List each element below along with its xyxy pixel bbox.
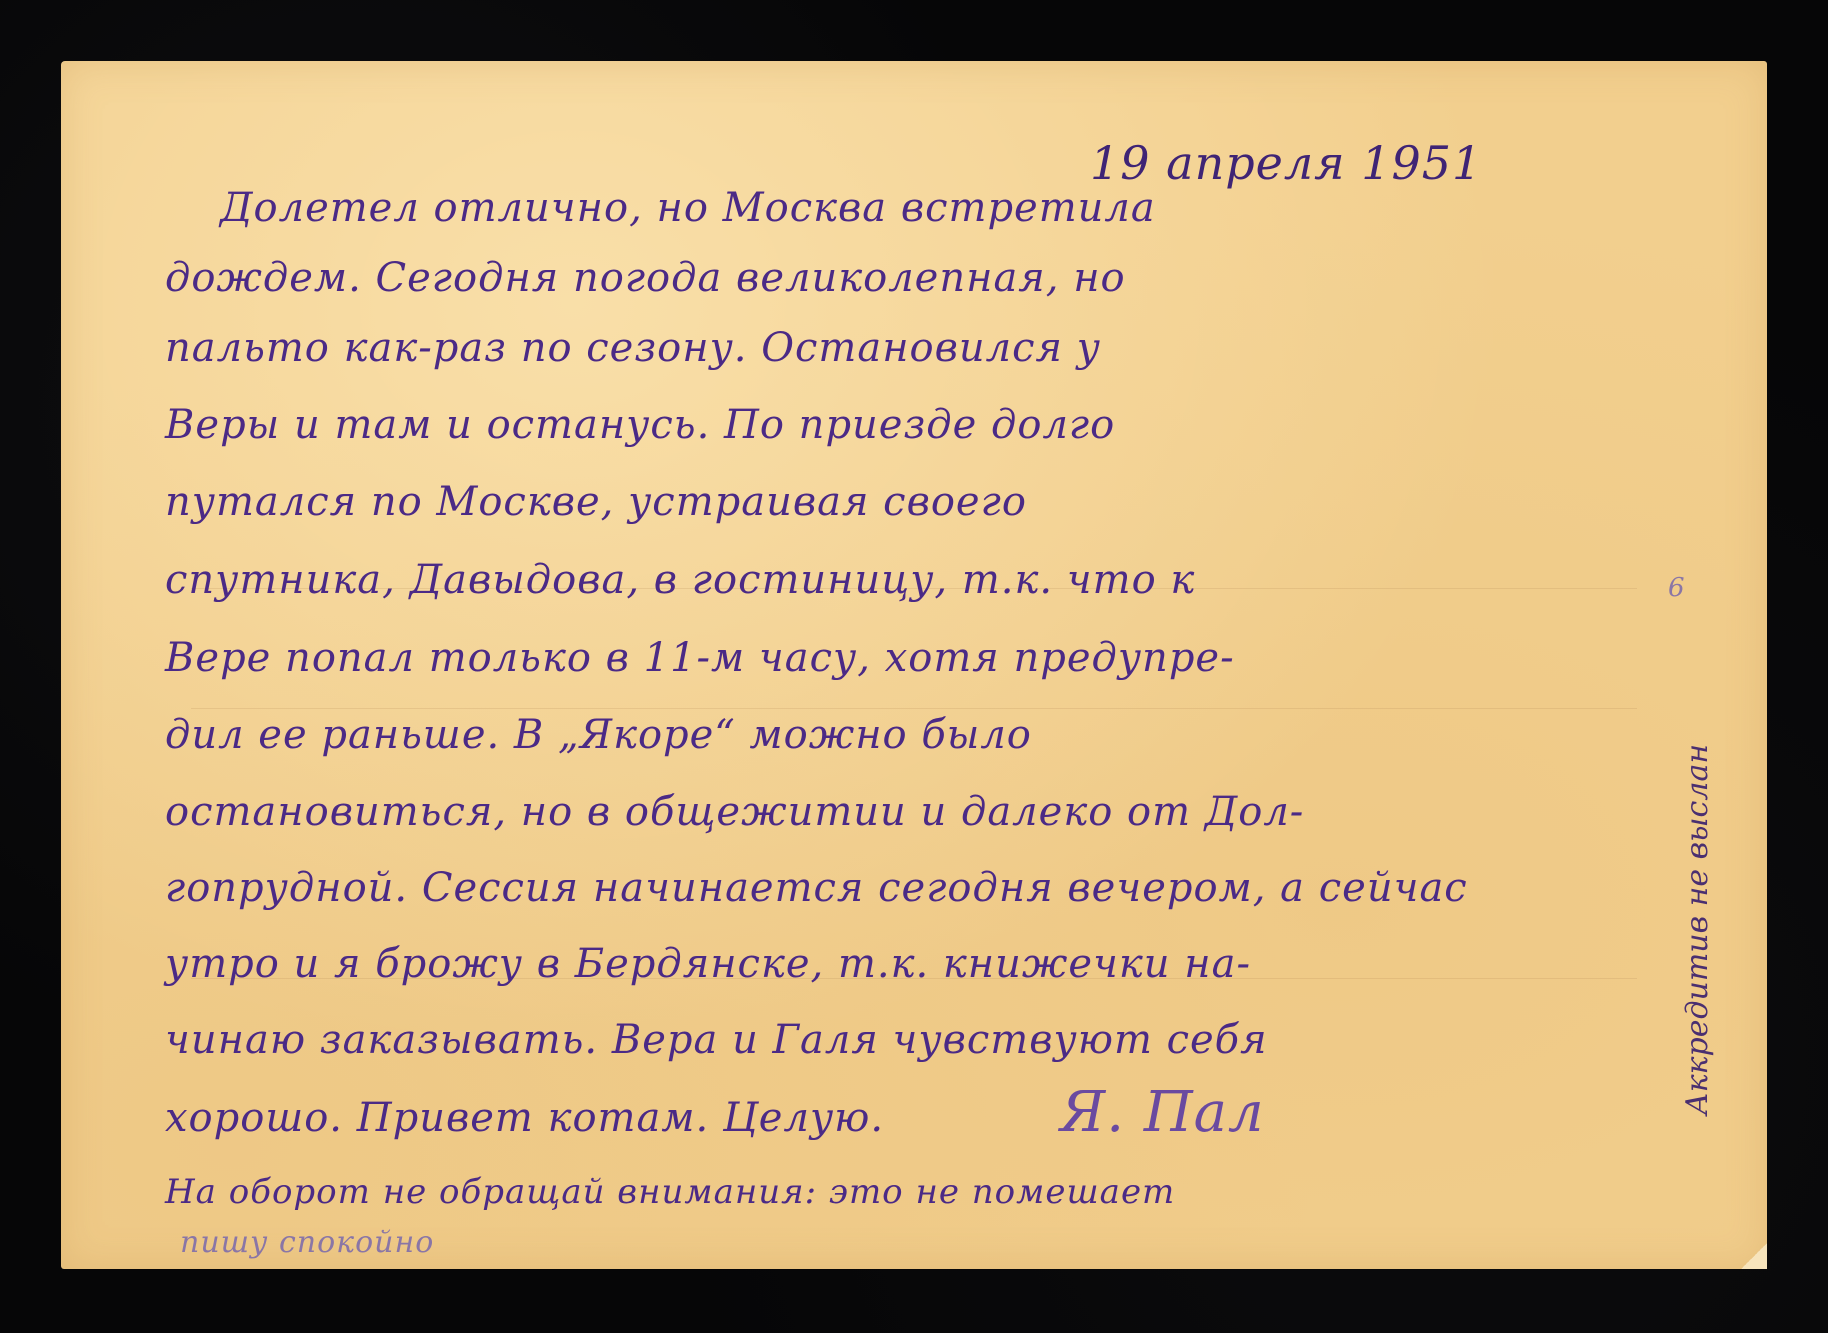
letter-line-1: Долетел отлично, но Москва встретила (220, 188, 1156, 228)
letter-line-13: хорошо. Привет котам. Целую. (165, 1098, 884, 1138)
letter-line-6: спутника, Давыдова, в гостиницу, т.к. чт… (165, 560, 1195, 600)
signature: Я. Пал (1060, 1085, 1265, 1141)
letter-line-5: путался по Москве, устраивая своего (165, 482, 1027, 522)
letter-line-2: дождем. Сегодня погода великолепная, но (165, 258, 1126, 298)
letter-line-8: дил ее раньше. В „Якоре“ можно было (165, 715, 1032, 755)
faint-ruled-line (191, 708, 1637, 709)
margin-mark: 6 (1668, 575, 1686, 601)
letter-line-3: пальто как-раз по сезону. Остановился у (165, 328, 1101, 368)
postscript-faint: пишу спокойно (180, 1228, 434, 1258)
letter-line-4: Веры и там и останусь. По приезде долго (165, 405, 1115, 445)
letter-line-12: чинаю заказывать. Вера и Галя чувствуют … (165, 1020, 1268, 1060)
letter-line-11: утро и я брожу в Бердянске, т.к. книжечк… (165, 944, 1251, 984)
letter-line-9: остановиться, но в общежитии и далеко от… (165, 792, 1304, 832)
margin-note-vertical: Аккредитив не выслан (1680, 744, 1715, 1115)
letter-line-7: Вере попал только в 11-м часу, хотя пред… (165, 638, 1235, 678)
postscript: На оборот не обращай внимания: это не по… (165, 1175, 1175, 1209)
letter-line-10: гопрудной. Сессия начинается сегодня веч… (165, 868, 1468, 908)
letter-date: 19 апреля 1951 (1090, 140, 1482, 186)
